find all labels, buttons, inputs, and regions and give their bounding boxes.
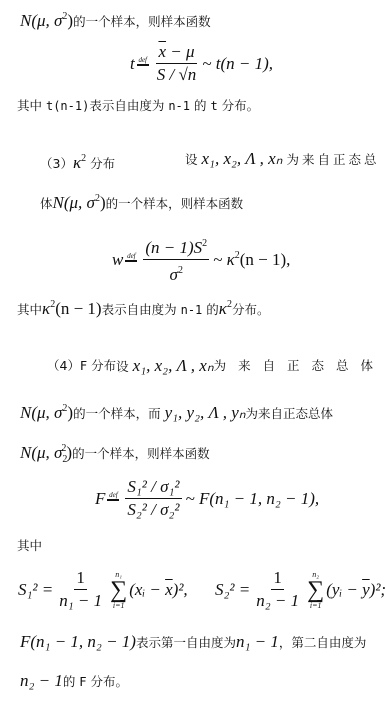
w-fraction: (n − 1)S2 σ2 xyxy=(143,234,209,285)
section-3-definition: 设 x₁, x₂, Λ , xₙ 为来自正态总 xyxy=(185,150,379,169)
f-note-line-1: F(n₁ − 1, n₂ − 1)表示第一自由度为n₁ − 1，第二自由度为 xyxy=(20,633,366,652)
t-fraction: x − μ S / √n xyxy=(155,42,199,85)
t-note-line: 其中 t(n-1)表示自由度为 n-1 的 t 分布。 xyxy=(17,97,259,115)
t-distribution-rhs: ~ t(n − 1), xyxy=(202,54,273,74)
section-4-line-3: N(μ, σ22)的一个样本，则样本函数 xyxy=(20,440,210,469)
t-symbol: t xyxy=(130,54,135,74)
chi-square-statistic-formula: w def (n − 1)S2 σ2 ~ κ2(n − 1), xyxy=(112,234,290,285)
where-label: 其中 xyxy=(17,537,42,555)
f-statistic-formula: F def S₁² / σ₁² S₂² / σ₂² ~ F(n₁ − 1, n₂… xyxy=(95,477,319,520)
s2-variance-formula: S₂² = 1n₂ − 1 n₂∑i=1 (yᵢ − y)²; xyxy=(215,568,386,611)
sample-intro-line: N(μ, σ2)的一个样本，则样本函数 xyxy=(20,8,211,31)
normal-dist-expr: N(μ, σ2) xyxy=(20,11,73,30)
t-numerator: x − μ xyxy=(156,42,196,64)
def-equals-symbol: def xyxy=(137,56,149,66)
f-note-line-2: n₂ − 1的 F 分布。 xyxy=(20,672,128,691)
sample-intro-text: 的一个样本，则样本函数 xyxy=(73,14,211,29)
t-statistic-formula: t def x − μ S / √n ~ t(n − 1), xyxy=(130,42,273,85)
summation-icon: n₂∑i=1 xyxy=(307,570,324,610)
summation-icon: n₁∑i=1 xyxy=(110,570,127,610)
chi-square-note-line: 其中κ2(n − 1)表示自由度为 n-1 的κ2分布。 xyxy=(17,296,269,319)
section-3-line-2: 体N(μ, σ2)的一个样本，则样本函数 xyxy=(40,190,243,213)
f-fraction: S₁² / σ₁² S₂² / σ₂² xyxy=(125,477,181,520)
section-4-heading: （4）F 分布 设 x₁, x₂, Λ , xₙ 为 来 自 正 态 总 体 xyxy=(47,357,377,376)
t-denominator: S / √n xyxy=(155,64,199,85)
section-3-heading: （3）κ2 分布 xyxy=(40,150,115,173)
f-symbol: F xyxy=(95,489,105,509)
s1-variance-formula: S₁² = 1n₁ − 1 n₁∑i=1 (xᵢ − x)², xyxy=(18,568,188,611)
w-symbol: w xyxy=(112,250,123,270)
section-4-line-2: N(μ, σ2)的一个样本，而 y₁, y₂, Λ , yₙ为来自正态总体 xyxy=(20,400,333,423)
section-label: （4）F 分布 xyxy=(47,357,116,376)
def-equals-symbol: def xyxy=(125,252,137,262)
def-equals-symbol: def xyxy=(107,491,119,501)
section-label: （3） xyxy=(40,156,73,171)
